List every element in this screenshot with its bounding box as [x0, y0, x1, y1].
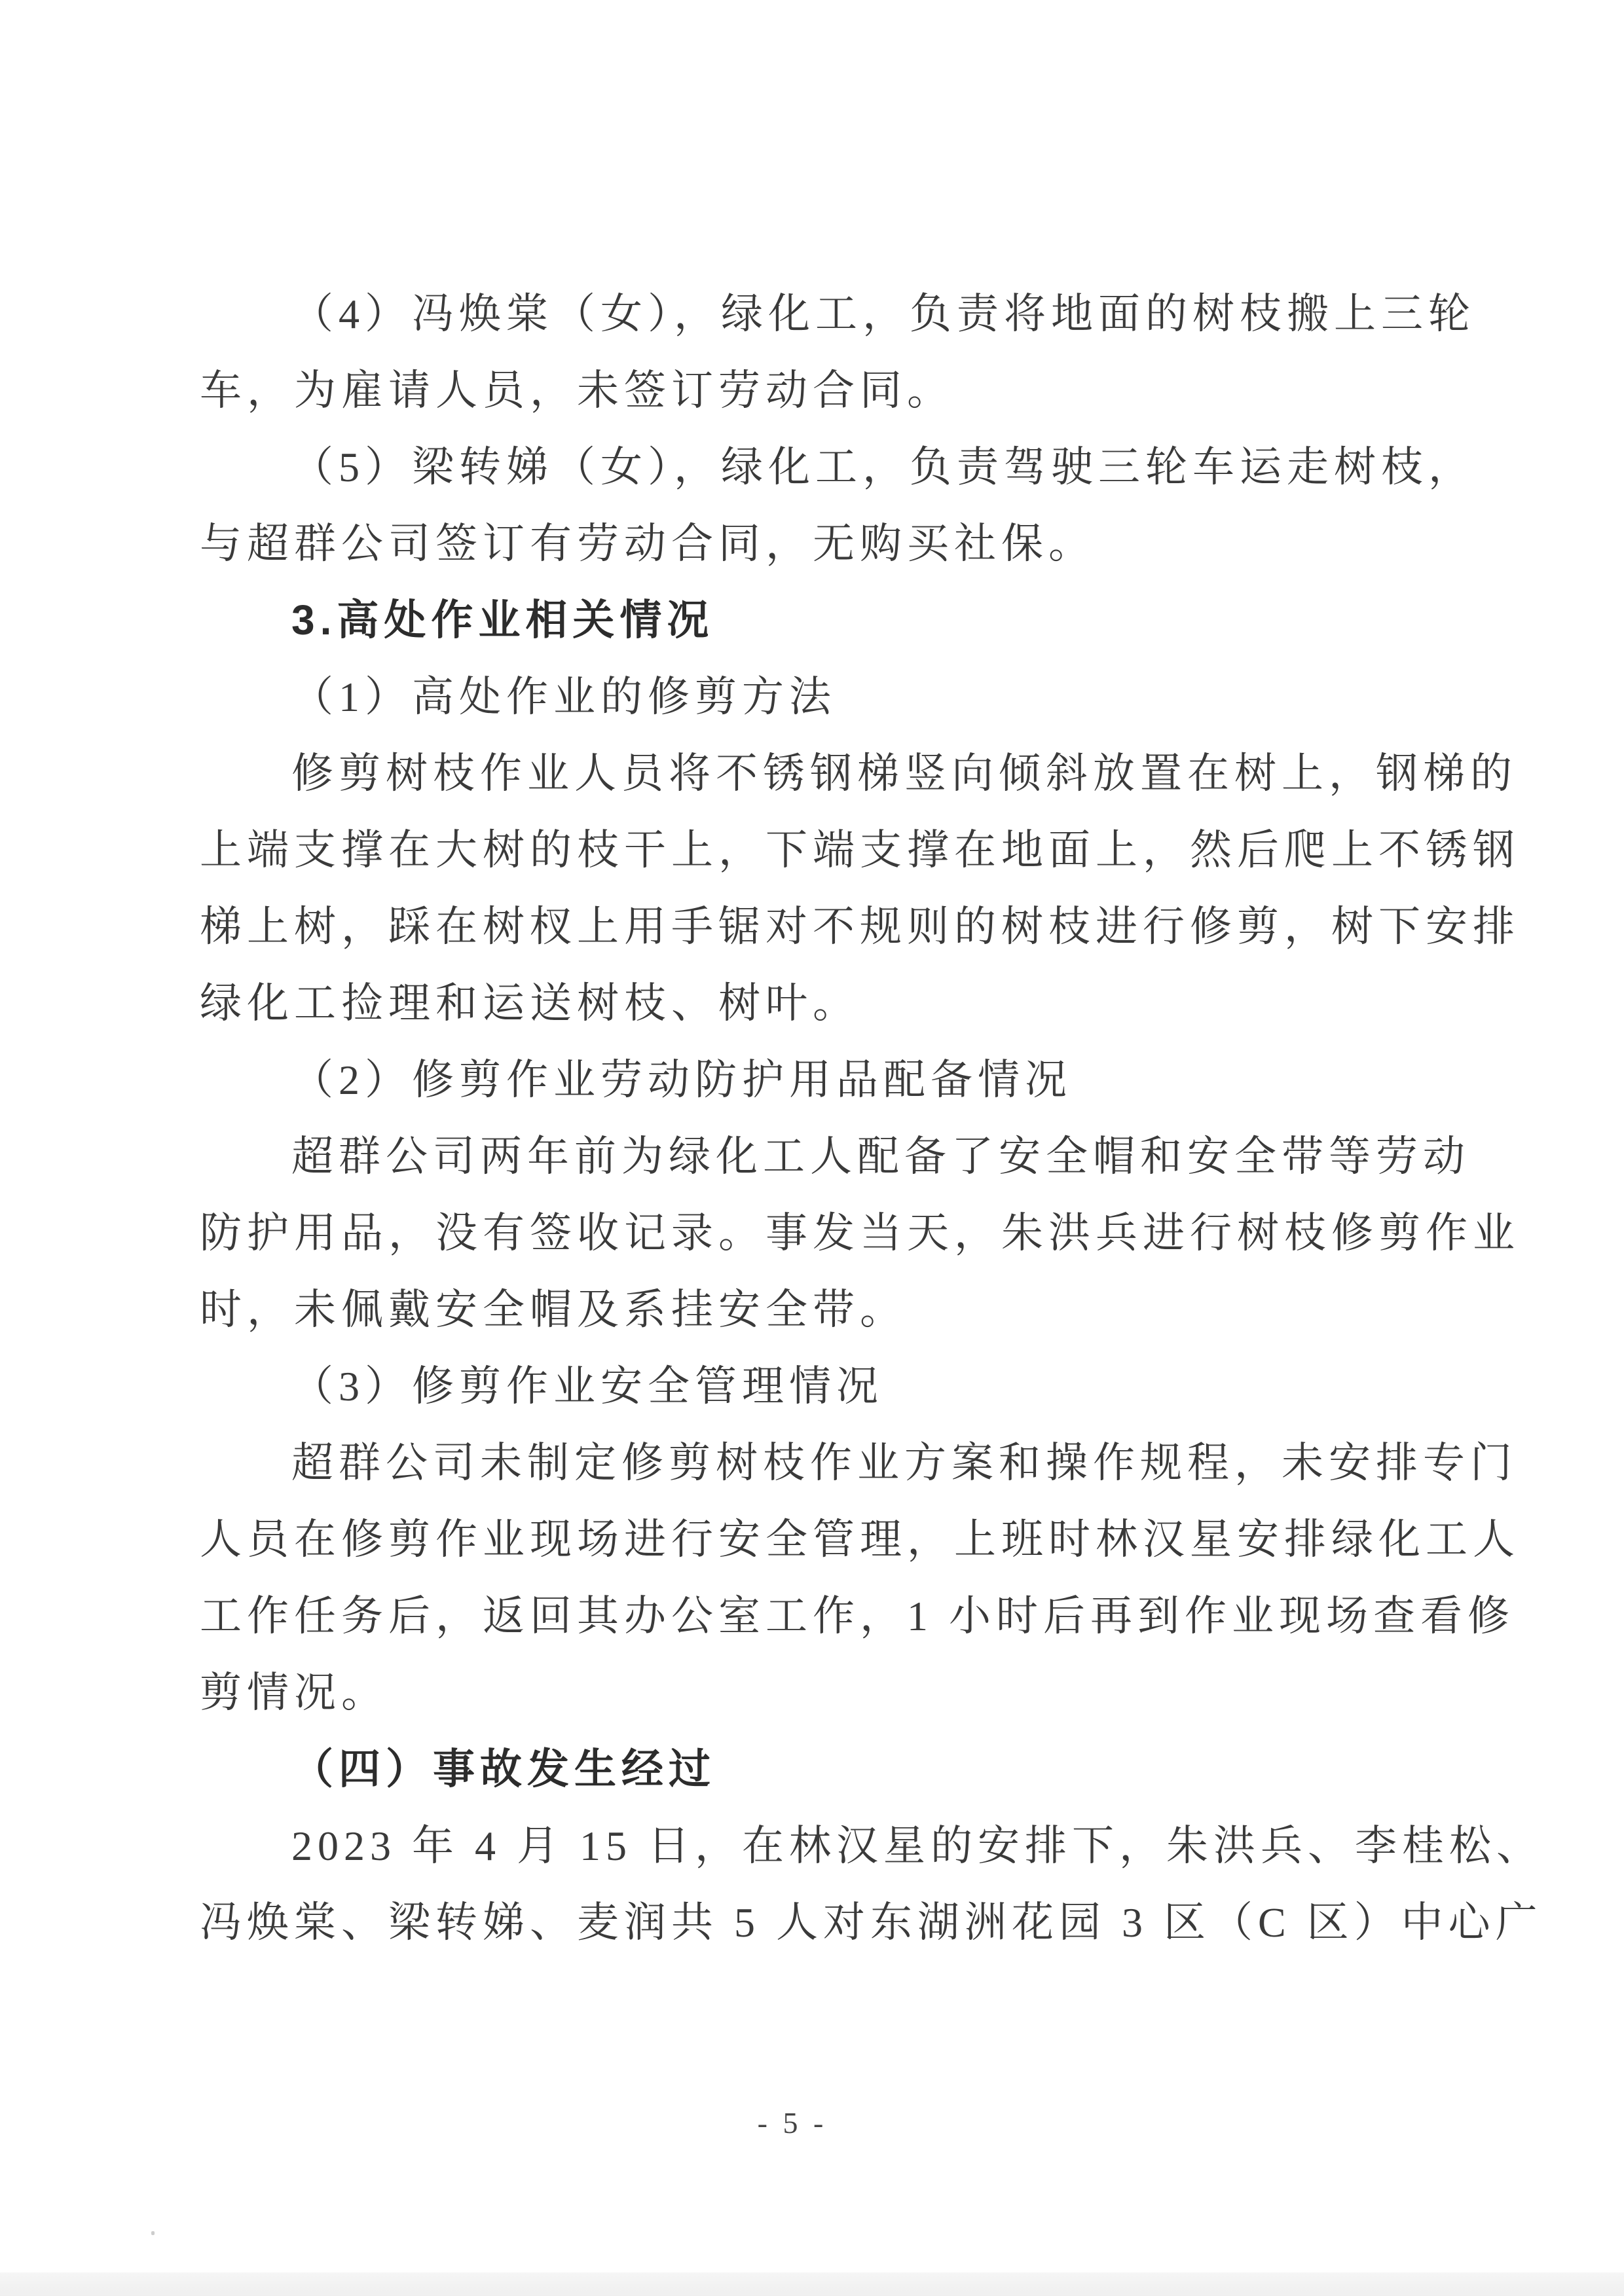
- text-line: （4）冯焕棠（女），绿化工，负责将地面的树枝搬上三轮: [200, 276, 1536, 352]
- text-line: 与超群公司签订有劳动合同，无购买社保。: [200, 505, 1536, 582]
- section-heading: 3.高处作业相关情况: [200, 582, 1536, 659]
- text-line: 车，为雇请人员，未签订劳动合同。: [200, 352, 1536, 429]
- page-number: - 5 -: [0, 2105, 1624, 2140]
- document-page: （4）冯焕棠（女），绿化工，负责将地面的树枝搬上三轮 车，为雇请人员，未签订劳动…: [0, 0, 1624, 2296]
- scan-artifact-dot: [151, 2231, 155, 2235]
- text-line: 冯焕棠、梁转娣、麦润共 5 人对东湖洲花园 3 区（C 区）中心广: [200, 1884, 1536, 1961]
- section-heading: （四）事故发生经过: [200, 1731, 1536, 1808]
- text-line: 上端支撑在大树的枝干上，下端支撑在地面上，然后爬上不锈钢: [200, 812, 1536, 888]
- scan-edge-shadow: [0, 2272, 1624, 2296]
- text-line: 2023 年 4 月 15 日，在林汉星的安排下，朱洪兵、李桂松、: [200, 1808, 1536, 1884]
- text-block: （4）冯焕棠（女），绿化工，负责将地面的树枝搬上三轮 车，为雇请人员，未签订劳动…: [200, 276, 1536, 1961]
- text-line: 剪情况。: [200, 1654, 1536, 1731]
- text-line: 超群公司未制定修剪树枝作业方案和操作规程，未安排专门: [200, 1425, 1536, 1501]
- text-line: （5）梁转娣（女），绿化工，负责驾驶三轮车运走树枝，: [200, 429, 1536, 505]
- text-line: 时，未佩戴安全帽及系挂安全带。: [200, 1271, 1536, 1348]
- sub-heading: （1）高处作业的修剪方法: [200, 659, 1536, 735]
- text-line: 防护用品，没有签收记录。事发当天，朱洪兵进行树枝修剪作业: [200, 1195, 1536, 1271]
- text-line: 人员在修剪作业现场进行安全管理，上班时林汉星安排绿化工人: [200, 1501, 1536, 1578]
- text-line: 超群公司两年前为绿化工人配备了安全帽和安全带等劳动: [200, 1118, 1536, 1195]
- text-line: 绿化工捡理和运送树枝、树叶。: [200, 965, 1536, 1042]
- sub-heading: （2）修剪作业劳动防护用品配备情况: [200, 1042, 1536, 1118]
- sub-heading: （3）修剪作业安全管理情况: [200, 1348, 1536, 1425]
- text-line: 工作任务后，返回其办公室工作，1 小时后再到作业现场查看修: [200, 1578, 1536, 1654]
- text-line: 梯上树，踩在树杈上用手锯对不规则的树枝进行修剪，树下安排: [200, 888, 1536, 965]
- text-line: 修剪树枝作业人员将不锈钢梯竖向倾斜放置在树上，钢梯的: [200, 735, 1536, 812]
